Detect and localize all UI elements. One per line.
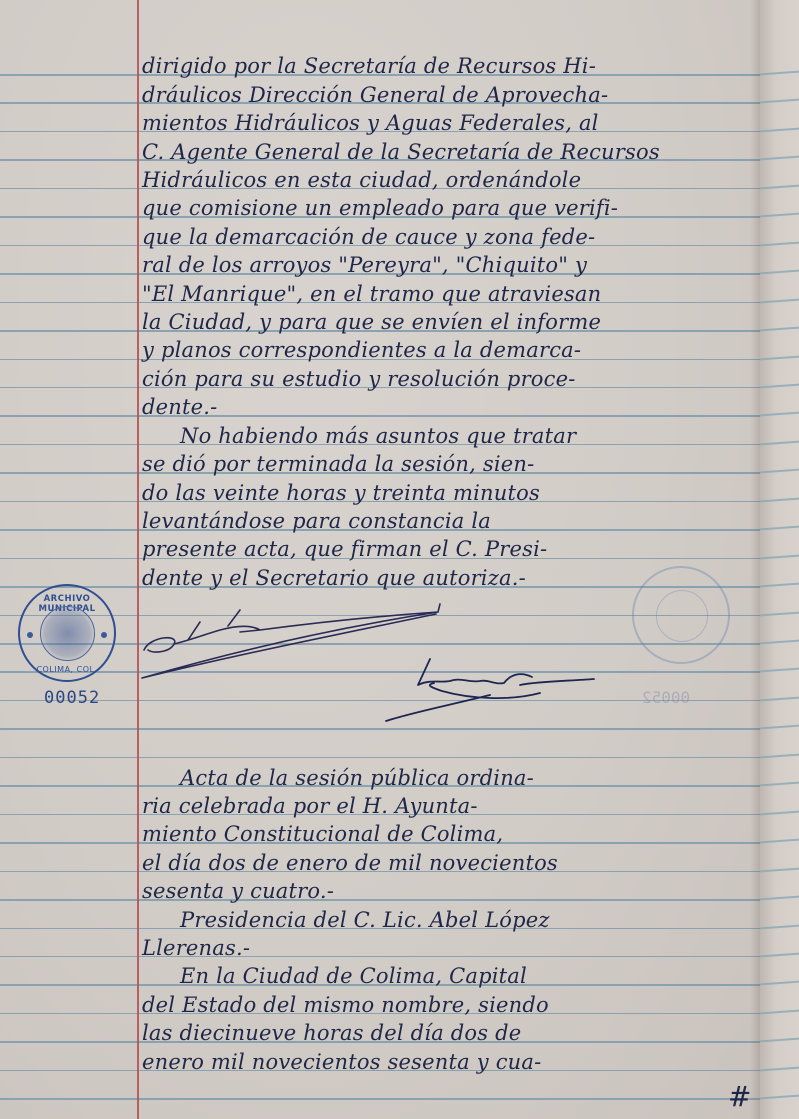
text-line: Presidencia del C. Lic. Abel López [142, 906, 550, 934]
ruled-line [760, 1009, 799, 1013]
bleed-through-stamp [632, 566, 730, 664]
ruled-line [0, 1098, 760, 1100]
stamp-dot-icon [27, 632, 33, 638]
secretario-signature [370, 655, 670, 725]
text-line: mientos Hidráulicos y Aguas Federales, a… [142, 109, 599, 137]
ruled-line [0, 899, 760, 901]
text-line: las diecinueve horas del día dos de [142, 1019, 521, 1047]
ruled-line [760, 896, 799, 900]
text-line: ción para su estudio y resolución proce- [142, 365, 576, 393]
ruled-line [760, 184, 799, 188]
ruled-line [760, 469, 799, 473]
text-line: y planos correspondientes a la demarca- [142, 336, 581, 364]
ruled-line [760, 640, 799, 644]
stamp-seal-emblem-icon [40, 606, 95, 661]
text-line: miento Constitucional de Colima, [142, 820, 503, 848]
ruled-line [760, 497, 799, 501]
text-line: levantándose para constancia la [142, 507, 491, 535]
page-end-mark: # [728, 1080, 751, 1113]
ruled-line [760, 953, 799, 957]
ruled-line [760, 583, 799, 587]
text-line: del Estado del mismo nombre, siendo [142, 991, 549, 1019]
text-line: que comisione un empleado para que verif… [142, 194, 618, 222]
text-line: dente y el Secretario que autoriza.- [142, 564, 526, 592]
text-line: "El Manrique", en el tramo que atraviesa… [142, 280, 601, 308]
text-line: C. Agente General de la Secretaría de Re… [142, 138, 660, 166]
text-line: sesenta y cuatro.- [142, 877, 334, 905]
adjacent-ruled-lines [760, 0, 799, 1119]
ruled-line [760, 298, 799, 302]
ruled-line [760, 782, 799, 786]
ruled-line [760, 668, 799, 672]
ruled-line [760, 1066, 799, 1070]
ruled-line [760, 1038, 799, 1042]
folio-number: 00052 [44, 688, 100, 708]
ruled-line [760, 867, 799, 871]
ruled-line [760, 384, 799, 388]
ruled-line [760, 697, 799, 701]
ruled-line [0, 728, 760, 730]
stamp-bottom-text: COLIMA, COL. [20, 665, 114, 674]
ruled-line [0, 956, 760, 958]
text-line: dente.- [142, 393, 217, 421]
ruled-line [760, 270, 799, 274]
red-margin-line [137, 0, 139, 1119]
ruled-line [760, 156, 799, 160]
ruled-line [760, 611, 799, 615]
ruled-line [760, 1095, 799, 1099]
ruled-line [760, 981, 799, 985]
ruled-line [760, 839, 799, 843]
adjacent-page-edge [760, 0, 799, 1119]
archivo-municipal-stamp: ARCHIVO MUNICIPAL COLIMA, COL. [18, 584, 116, 682]
ruled-line [760, 440, 799, 444]
text-line: Llerenas.- [142, 934, 250, 962]
text-line: dráulicos Dirección General de Aprovecha… [142, 81, 608, 109]
ruled-line [760, 725, 799, 729]
text-line: se dió por terminada la sesión, sien- [142, 450, 534, 478]
text-line: la Ciudad, y para que se envíen el infor… [142, 308, 601, 336]
ruled-line [0, 415, 760, 417]
ruled-line [760, 71, 799, 75]
ruled-line [0, 757, 760, 759]
text-line: el día dos de enero de mil novecientos [142, 849, 558, 877]
stamp-dot-icon [101, 632, 107, 638]
ruled-line [760, 526, 799, 530]
text-line: que la demarcación de cauce y zona fede- [142, 223, 595, 251]
text-line: dirigido por la Secretaría de Recursos H… [142, 52, 596, 80]
ruled-line [760, 924, 799, 928]
text-line: presente acta, que firman el C. Presi- [142, 535, 547, 563]
text-line: No habiendo más asuntos que tratar [142, 422, 576, 450]
ruled-line [760, 327, 799, 331]
ruled-line [760, 241, 799, 245]
ruled-line [760, 99, 799, 103]
text-line: ria celebrada por el H. Ayunta- [142, 792, 478, 820]
ruled-line [760, 554, 799, 558]
ruled-line [760, 412, 799, 416]
ruled-line [760, 753, 799, 757]
ruled-line [760, 213, 799, 217]
ruled-line [760, 128, 799, 132]
document-page: 00052 ARCHIVO MUNICIPAL COLIMA, COL. 000… [0, 0, 760, 1119]
text-line: ral de los arroyos "Pereyra", "Chiquito"… [142, 251, 587, 279]
text-line: do las veinte horas y treinta minutos [142, 479, 540, 507]
text-line: En la Ciudad de Colima, Capital [142, 962, 527, 990]
text-line: Acta de la sesión pública ordina- [142, 764, 534, 792]
ruled-line [760, 810, 799, 814]
text-line: Hidráulicos en esta ciudad, ordenándole [142, 166, 581, 194]
text-line: enero mil novecientos sesenta y cua- [142, 1048, 541, 1076]
ruled-line [760, 355, 799, 359]
